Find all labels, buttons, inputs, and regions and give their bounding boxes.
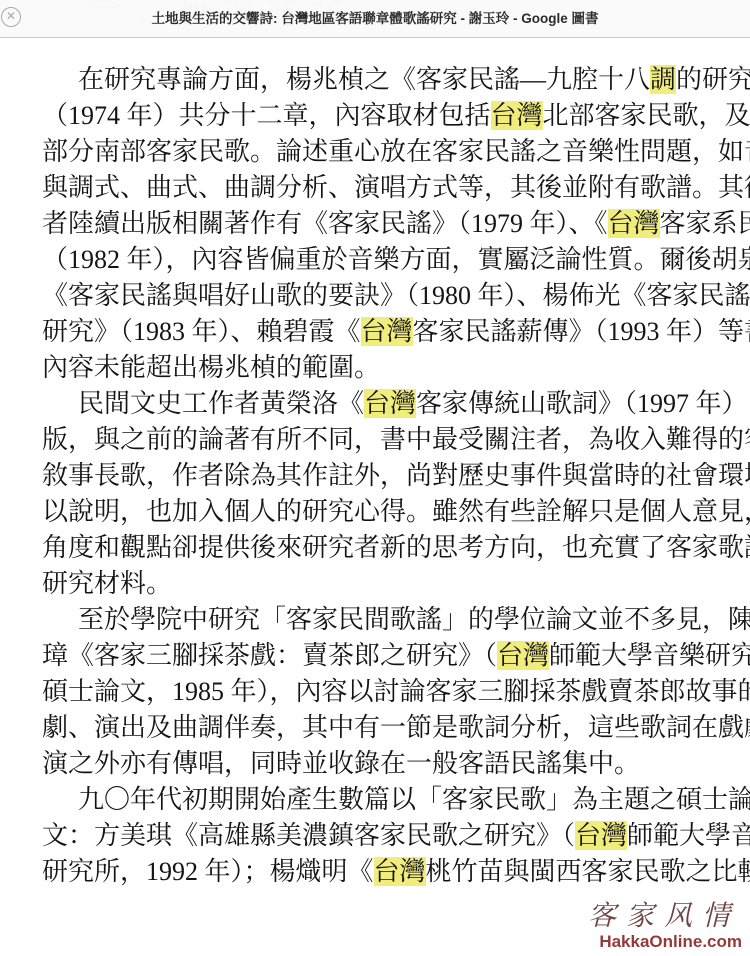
- text-line: 璋《客家三腳採茶戲：賣茶郎之研究》（台灣師範大學音樂研究所: [42, 638, 712, 674]
- text-line: 《客家民謠與唱好山歌的要訣》（1980 年）、楊佈光《客家民謠之: [42, 278, 712, 314]
- text-run: 至於學院中研究「客家民間歌謠」的學位論文並不多見，陳雨: [78, 605, 750, 634]
- close-icon[interactable]: ✕: [1, 7, 21, 27]
- text-line: （1974 年）共分十二章，內容取材包括台灣北部客家民歌，及一: [42, 98, 712, 134]
- text-run: （1982 年），內容皆偏重於音樂方面，實屬泛論性質。爾後胡泉雄: [42, 245, 750, 274]
- watermark-calligraphy: 客家风情: [588, 902, 742, 932]
- book-page-text: 在研究專論方面，楊兆楨之《客家民謠—九腔十八調的研究》（1974 年）共分十二章…: [42, 62, 712, 890]
- text-line: 版，與之前的論著有所不同，書中最受關注者，為收入難得的客語: [42, 422, 712, 458]
- text-run: 的研究》: [676, 65, 750, 94]
- google-books-viewer: 一、研究緣起 ✕ 土地與生活的交響詩: 台灣地區客語聯章體歌謠研究 - 謝玉玲 …: [0, 0, 750, 956]
- text-line: 演之外亦有傳唱，同時並收錄在一般客語民謠集中。: [42, 746, 712, 782]
- text-line: 九〇年代初期開始產生數篇以「客家民歌」為主題之碩士論: [42, 782, 712, 818]
- search-highlight: 台灣: [575, 821, 627, 850]
- text-line: 內容未能超出楊兆楨的範圍。: [42, 350, 712, 386]
- text-run: 劇、演出及曲調伴奏，其中有一節是歌詞分析，這些歌詞在戲劇表: [42, 713, 750, 742]
- text-run: 《客家民謠與唱好山歌的要訣》（1980 年）、楊佈光《客家民謠之: [42, 281, 750, 310]
- search-highlight: 調: [650, 65, 676, 94]
- text-line: 碩士論文，1985 年），內容以討論客家三腳採茶戲賣茶郎故事的戲: [42, 674, 712, 710]
- text-line: 以說明，也加入個人的研究心得。雖然有些詮解只是個人意見，但: [42, 494, 712, 530]
- text-line: 部分南部客家民歌。論述重心放在客家民謠之音樂性問題，如音階: [42, 134, 712, 170]
- watermark-url: HakkaOnline.com: [588, 932, 742, 952]
- text-run: 角度和觀點卻提供後來研究者新的思考方向，也充實了客家歌謠的: [42, 533, 750, 562]
- text-line: （1982 年），內容皆偏重於音樂方面，實屬泛論性質。爾後胡泉雄: [42, 242, 712, 278]
- text-run: 部分南部客家民歌。論述重心放在客家民謠之音樂性問題，如音階: [42, 137, 750, 166]
- search-highlight: 台灣: [491, 101, 543, 130]
- text-line: 文：方美琪《高雄縣美濃鎮客家民歌之研究》（台灣師範大學音樂: [42, 818, 712, 854]
- text-line: 民間文史工作者黃榮洛《台灣客家傳統山歌詞》（1997 年）出: [42, 386, 712, 422]
- search-highlight: 台灣: [497, 641, 549, 670]
- text-line: 至於學院中研究「客家民間歌謠」的學位論文並不多見，陳雨: [42, 602, 712, 638]
- search-highlight: 台灣: [608, 209, 660, 238]
- search-highlight: 台灣: [364, 389, 416, 418]
- titlebar: ✕ 土地與生活的交響詩: 台灣地區客語聯章體歌謠研究 - 謝玉玲 - Googl…: [0, 0, 750, 38]
- text-run: 者陸續出版相關著作有《客家民謠》（1979 年）、《: [42, 209, 608, 238]
- text-run: 研究材料。: [42, 569, 172, 598]
- text-run: 師範大學音樂: [627, 821, 750, 850]
- search-highlight: 台灣: [374, 857, 426, 886]
- text-run: 北部客家民歌，及一: [543, 101, 750, 130]
- watermark: 客家风情 HakkaOnline.com: [588, 902, 742, 952]
- text-run: 研究》（1983 年）、賴碧霞《: [42, 317, 361, 346]
- text-run: 九〇年代初期開始產生數篇以「客家民歌」為主題之碩士論: [78, 785, 750, 814]
- text-line: 研究材料。: [42, 566, 712, 602]
- text-line: 者陸續出版相關著作有《客家民謠》（1979 年）、《台灣客家系民歌》: [42, 206, 712, 242]
- text-line: 敘事長歌，作者除為其作註外，尚對歷史事件與當時的社會環境加: [42, 458, 712, 494]
- text-run: 以說明，也加入個人的研究心得。雖然有些詮解只是個人意見，但: [42, 497, 750, 526]
- text-run: 師範大學音樂研究所: [549, 641, 750, 670]
- search-highlight: 台灣: [361, 317, 413, 346]
- text-run: 客家系民歌》: [660, 209, 750, 238]
- text-run: 與調式、曲式、曲調分析、演唱方式等，其後並附有歌譜。其後作: [42, 173, 750, 202]
- text-run: 碩士論文，1985 年），內容以討論客家三腳採茶戲賣茶郎故事的戲: [42, 677, 750, 706]
- text-run: 版，與之前的論著有所不同，書中最受關注者，為收入難得的客語: [42, 425, 750, 454]
- text-line: 在研究專論方面，楊兆楨之《客家民謠—九腔十八調的研究》: [42, 62, 712, 98]
- text-line: 研究》（1983 年）、賴碧霞《台灣客家民謠薪傳》（1993 年）等書，: [42, 314, 712, 350]
- text-run: 演之外亦有傳唱，同時並收錄在一般客語民謠集中。: [42, 749, 640, 778]
- text-run: 在研究專論方面，楊兆楨之《客家民謠—九腔十八: [78, 65, 650, 94]
- text-run: 民間文史工作者黃榮洛《: [78, 389, 364, 418]
- text-run: 桃竹苗與閩西客家民歌之比較研: [426, 857, 750, 886]
- text-run: 敘事長歌，作者除為其作註外，尚對歷史事件與當時的社會環境加: [42, 461, 750, 490]
- text-run: 璋《客家三腳採茶戲：賣茶郎之研究》（: [42, 641, 497, 670]
- text-line: 角度和觀點卻提供後來研究者新的思考方向，也充實了客家歌謠的: [42, 530, 712, 566]
- text-run: 文：方美琪《高雄縣美濃鎮客家民歌之研究》（: [42, 821, 575, 850]
- text-run: 客家傳統山歌詞》（1997 年）出: [416, 389, 750, 418]
- text-line: 劇、演出及曲調伴奏，其中有一節是歌詞分析，這些歌詞在戲劇表: [42, 710, 712, 746]
- text-run: 客家民謠薪傳》（1993 年）等書，: [413, 317, 750, 346]
- text-run: 研究所，1992 年）；楊熾明《: [42, 857, 374, 886]
- text-run: （1974 年）共分十二章，內容取材包括: [42, 101, 491, 130]
- close-x-glyph: ✕: [6, 9, 16, 23]
- text-line: 研究所，1992 年）；楊熾明《台灣桃竹苗與閩西客家民歌之比較研: [42, 854, 712, 890]
- text-line: 與調式、曲式、曲調分析、演唱方式等，其後並附有歌譜。其後作: [42, 170, 712, 206]
- text-run: 內容未能超出楊兆楨的範圍。: [42, 353, 380, 382]
- page-title: 土地與生活的交響詩: 台灣地區客語聯章體歌謠研究 - 謝玉玲 - Google …: [0, 0, 750, 37]
